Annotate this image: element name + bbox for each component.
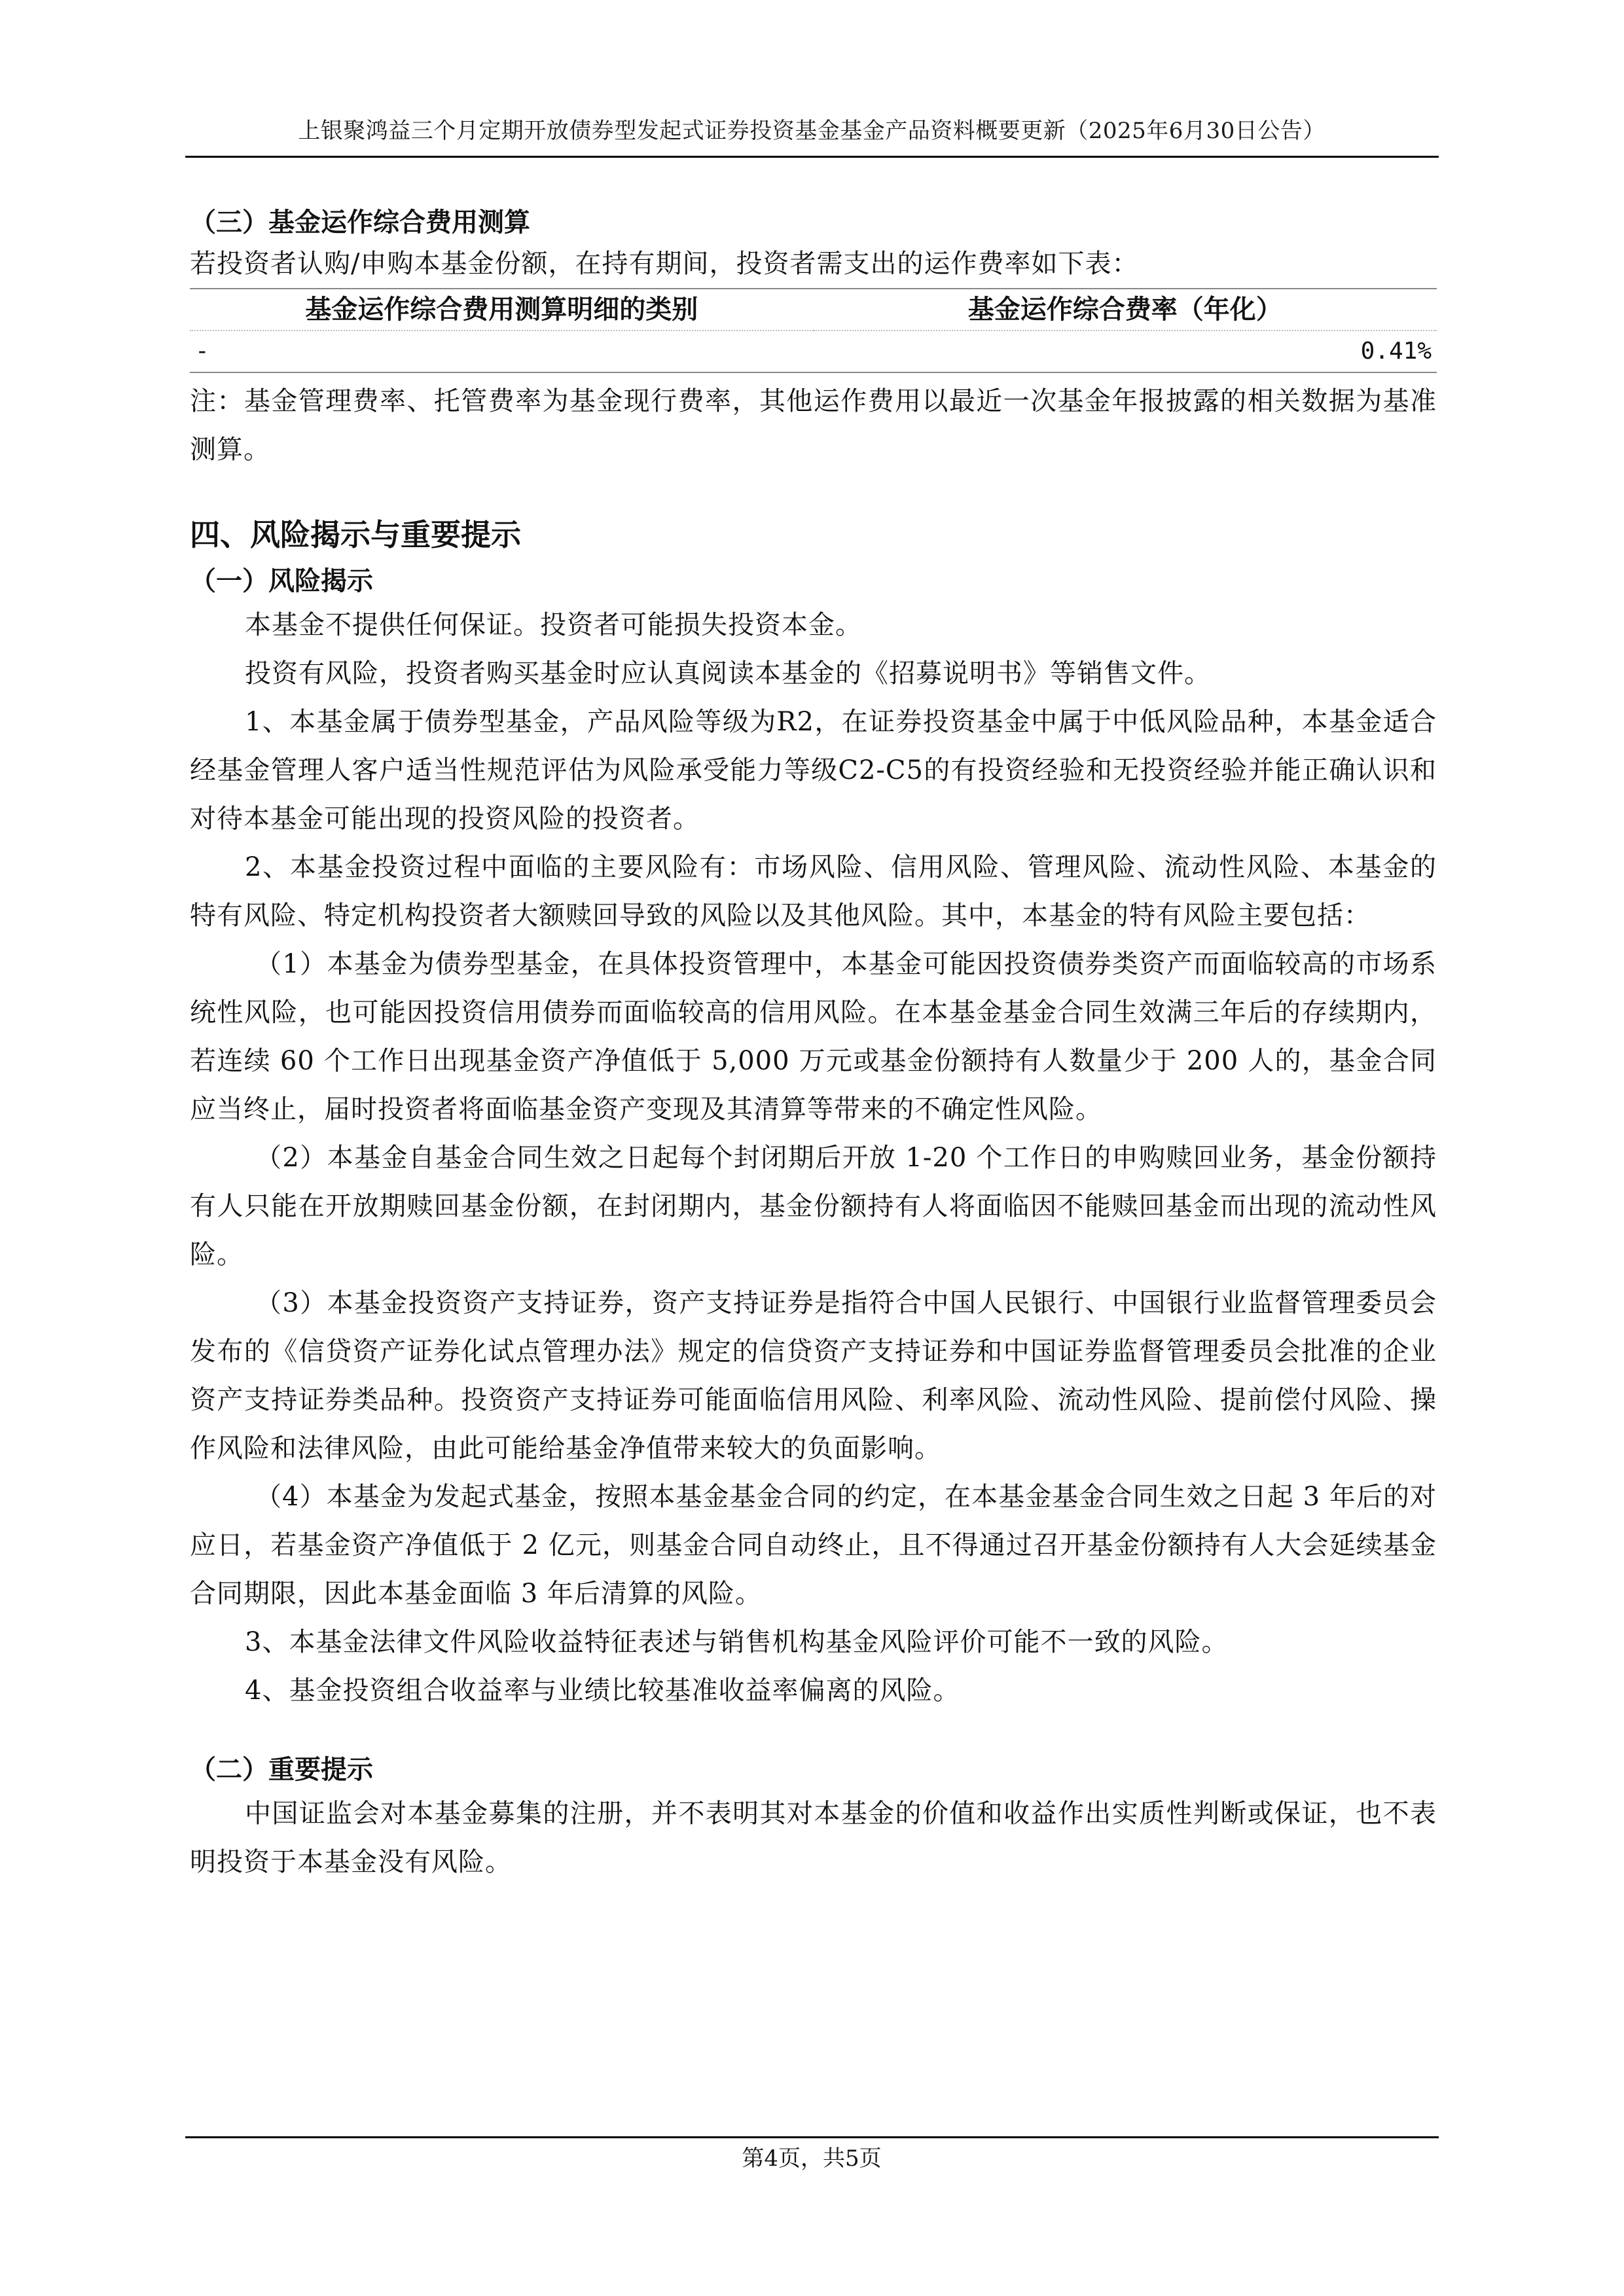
table-row: - 0.41% [190,331,1437,372]
fee-table: 基金运作综合费用测算明细的类别 基金运作综合费率（年化） - 0.41% [190,288,1437,373]
fee-table-header-category: 基金运作综合费用测算明细的类别 [190,289,814,331]
important-paragraph: 中国证监会对本基金募集的注册，并不表明其对本基金的价值和收益作出实质性判断或保证… [190,1789,1437,1886]
risk-paragraph: 1、本基金属于债券型基金，产品风险等级为R2，在证券投资基金中属于中低风险品种，… [190,698,1437,843]
page-header: 上银聚鸿益三个月定期开放债券型发起式证券投资基金基金产品资料概要更新（2025年… [190,115,1434,147]
risk-paragraph: 投资有风险，投资者购买基金时应认真阅读本基金的《招募说明书》等销售文件。 [190,649,1437,698]
fee-table-header-rate: 基金运作综合费率（年化） [814,289,1437,331]
risk-paragraph: （4）本基金为发起式基金，按照本基金基金合同的约定，在本基金基金合同生效之日起 … [190,1473,1437,1618]
important-notice-heading: （二）重要提示 [190,1750,1437,1789]
header-divider [185,156,1439,158]
risk-paragraph: 4、基金投资组合收益率与业绩比较基准收益率偏离的风险。 [190,1666,1437,1715]
risk-paragraph: （1）本基金为债券型基金，在具体投资管理中，本基金可能因投资债券类资产而面临较高… [190,940,1437,1134]
page-number: 第4页，共5页 [190,2143,1434,2174]
fee-category-cell: - [190,331,814,372]
risk-paragraph: 本基金不提供任何保证。投资者可能损失投资本金。 [190,601,1437,649]
fee-section-heading: （三）基金运作综合费用测算 [190,203,1437,242]
risk-paragraph: （2）本基金自基金合同生效之日起每个封闭期后开放 1-20 个工作日的申购赎回业… [190,1134,1437,1279]
risk-disclosure-heading: （一）风险揭示 [190,562,1437,601]
footer-divider [185,2136,1439,2138]
risk-section-heading: 四、风险揭示与重要提示 [190,512,1437,558]
page-content: （三）基金运作综合费用测算 若投资者认购/申购本基金份额，在持有期间，投资者需支… [190,196,1437,1886]
fee-rate-cell: 0.41% [814,331,1437,372]
risk-paragraph: 3、本基金法律文件风险收益特征表述与销售机构基金风险评价可能不一致的风险。 [190,1618,1437,1666]
fee-intro-text: 若投资者认购/申购本基金份额，在持有期间，投资者需支出的运作费率如下表： [190,242,1437,285]
risk-paragraph: 2、本基金投资过程中面临的主要风险有：市场风险、信用风险、管理风险、流动性风险、… [190,843,1437,940]
risk-paragraph: （3）本基金投资资产支持证券，资产支持证券是指符合中国人民银行、中国银行业监督管… [190,1279,1437,1473]
fee-note: 注：基金管理费率、托管费率为基金现行费率，其他运作费用以最近一次基金年报披露的相… [190,377,1437,474]
